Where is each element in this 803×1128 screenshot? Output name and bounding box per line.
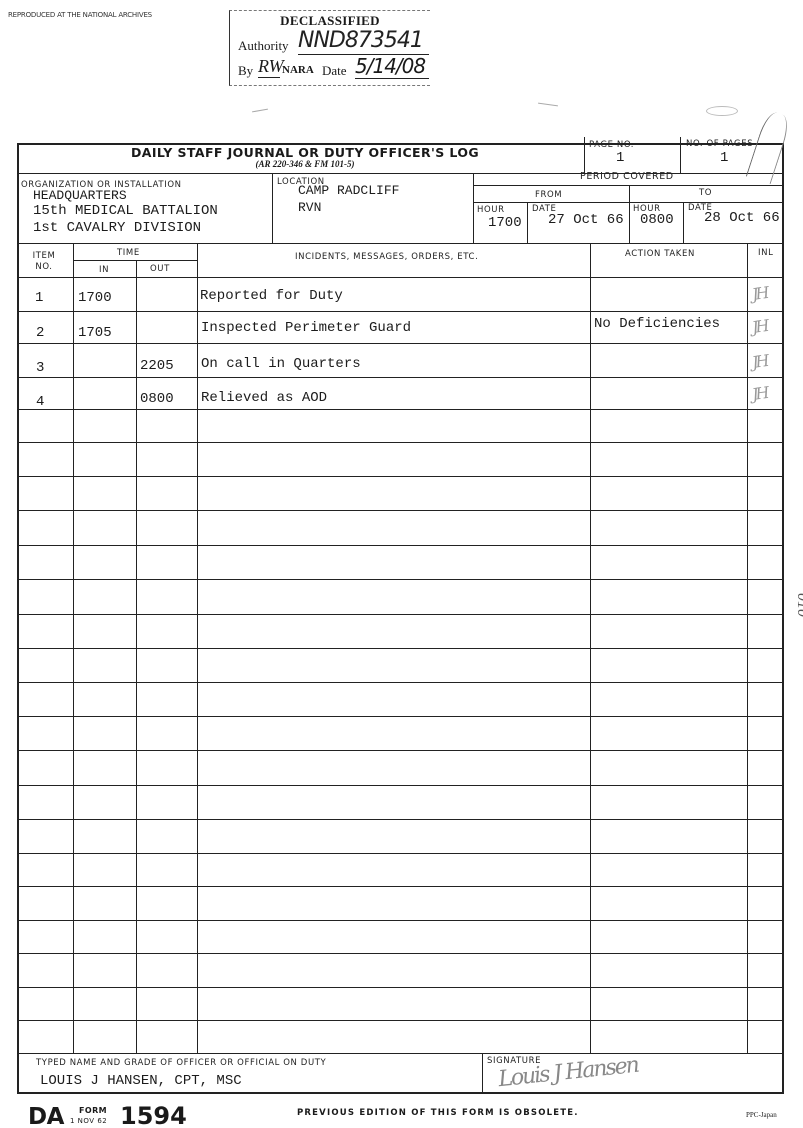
officer-name-label: TYPED NAME AND GRADE OF OFFICER OR OFFIC… <box>36 1058 326 1068</box>
form-title: DAILY STAFF JOURNAL OR DUTY OFFICER'S LO… <box>110 145 500 160</box>
row-divider <box>17 343 784 344</box>
row-divider <box>17 614 784 615</box>
location-line-1[interactable]: CAMP RADCLIFF <box>298 183 399 198</box>
row-divider <box>17 953 784 954</box>
row-4-item[interactable]: 4 <box>36 394 44 410</box>
row-divider <box>17 853 784 854</box>
stamp-agency: NARA <box>282 64 314 76</box>
row-divider <box>17 682 784 683</box>
row-divider <box>17 648 784 649</box>
to-hour-value[interactable]: 0800 <box>640 212 674 228</box>
divider <box>527 202 528 243</box>
from-label: FROM <box>535 190 562 200</box>
form-number: 1594 <box>120 1102 187 1128</box>
no-of-pages-value[interactable]: 1 <box>720 150 728 166</box>
stamp-title: DECLASSIFIED <box>230 13 430 29</box>
row-4-incident[interactable]: Relieved as AOD <box>201 390 327 406</box>
row-divider <box>17 987 784 988</box>
from-hour-label: HOUR <box>477 205 505 215</box>
row-divider <box>17 545 784 546</box>
header-incidents: INCIDENTS, MESSAGES, ORDERS, ETC. <box>295 252 478 262</box>
page-no-label: PAGE NO. <box>589 140 634 150</box>
organization-line-2[interactable]: 15th MEDICAL BATTALION <box>33 203 218 219</box>
archive-reproduction-note: REPRODUCED AT THE NATIONAL ARCHIVES <box>8 11 152 19</box>
divider <box>17 243 784 244</box>
period-covered-label: PERIOD COVERED <box>580 171 674 182</box>
row-divider <box>17 819 784 820</box>
header-item-no: ITEM NO. <box>30 251 58 273</box>
scan-mark <box>706 106 738 116</box>
row-divider <box>17 442 784 443</box>
row-2-item[interactable]: 2 <box>36 325 44 341</box>
officer-name-value[interactable]: LOUIS J HANSEN, CPT, MSC <box>40 1073 242 1089</box>
row-3-item[interactable]: 3 <box>36 360 44 376</box>
stamp-by-label: By <box>238 63 253 79</box>
row-1-initials[interactable]: JH <box>751 283 768 304</box>
row-divider <box>17 716 784 717</box>
organization-line-1[interactable]: HEADQUARTERS <box>33 188 127 203</box>
divider <box>584 137 585 174</box>
stamp-authority-label: Authority <box>238 38 289 54</box>
obsolete-note: PREVIOUS EDITION OF THIS FORM IS OBSOLET… <box>297 1108 579 1118</box>
header-time-in: IN <box>99 265 109 275</box>
row-3-initials[interactable]: JH <box>751 351 768 372</box>
declassification-stamp: DECLASSIFIED Authority NND873541 By RW N… <box>229 10 430 86</box>
divider <box>482 1053 483 1094</box>
row-divider <box>17 579 784 580</box>
row-2-initials[interactable]: JH <box>751 316 768 337</box>
form-prefix: DA <box>28 1104 64 1128</box>
row-4-initials[interactable]: JH <box>751 383 768 404</box>
column-divider <box>136 260 137 1053</box>
row-4-time-out[interactable]: 0800 <box>140 391 174 407</box>
row-3-incident[interactable]: On call in Quarters <box>201 356 361 372</box>
printer-note: PPC-Japan <box>746 1111 777 1119</box>
header-time: TIME <box>117 248 140 258</box>
location-line-2[interactable]: RVN <box>298 200 321 215</box>
row-3-time-out[interactable]: 2205 <box>140 358 174 374</box>
scan-mark <box>252 109 268 113</box>
row-divider <box>17 510 784 511</box>
duty-officer-log-form <box>17 143 784 1094</box>
divider <box>680 137 681 174</box>
margin-mark: 010 <box>793 593 803 617</box>
stamp-date-value: 5/14/08 <box>355 54 429 79</box>
row-divider <box>17 1053 784 1054</box>
from-hour-value[interactable]: 1700 <box>488 215 522 231</box>
divider <box>73 260 197 261</box>
row-1-time-in[interactable]: 1700 <box>78 290 112 306</box>
row-divider <box>17 377 784 378</box>
row-2-action[interactable]: No Deficiencies <box>594 316 720 332</box>
row-divider <box>17 277 784 278</box>
header-action-taken: ACTION TAKEN <box>625 249 695 259</box>
row-divider <box>17 750 784 751</box>
scan-mark <box>538 103 558 107</box>
row-divider <box>17 886 784 887</box>
to-label: TO <box>699 188 712 198</box>
row-1-incident[interactable]: Reported for Duty <box>200 288 343 304</box>
organization-line-3[interactable]: 1st CAVALRY DIVISION <box>33 220 201 236</box>
header-time-out: OUT <box>150 264 170 274</box>
row-divider <box>17 409 784 410</box>
from-date-value[interactable]: 27 Oct 66 <box>548 212 624 228</box>
form-subtitle: (AR 220-346 & FM 101-5) <box>110 159 500 169</box>
row-divider <box>17 476 784 477</box>
stamp-by-initials: RW <box>258 55 280 78</box>
divider <box>272 173 273 243</box>
divider <box>629 185 630 243</box>
divider <box>473 173 474 243</box>
row-2-time-in[interactable]: 1705 <box>78 325 112 341</box>
row-1-item[interactable]: 1 <box>35 290 43 306</box>
divider <box>473 202 784 203</box>
row-divider <box>17 1020 784 1021</box>
stamp-date-label: Date <box>322 63 347 79</box>
header-initials: INL <box>758 248 773 258</box>
stamp-authority-value: NND873541 <box>298 28 429 55</box>
row-divider <box>17 311 784 312</box>
form-edition: 1 NOV 62 <box>70 1117 107 1125</box>
form-word: FORM <box>79 1106 107 1115</box>
row-divider <box>17 920 784 921</box>
no-of-pages-label: NO. OF PAGES <box>686 139 753 149</box>
to-date-value[interactable]: 28 Oct 66 <box>704 210 780 226</box>
divider <box>683 202 684 243</box>
row-divider <box>17 785 784 786</box>
page-no-value[interactable]: 1 <box>616 150 624 166</box>
row-2-incident[interactable]: Inspected Perimeter Guard <box>201 320 411 336</box>
